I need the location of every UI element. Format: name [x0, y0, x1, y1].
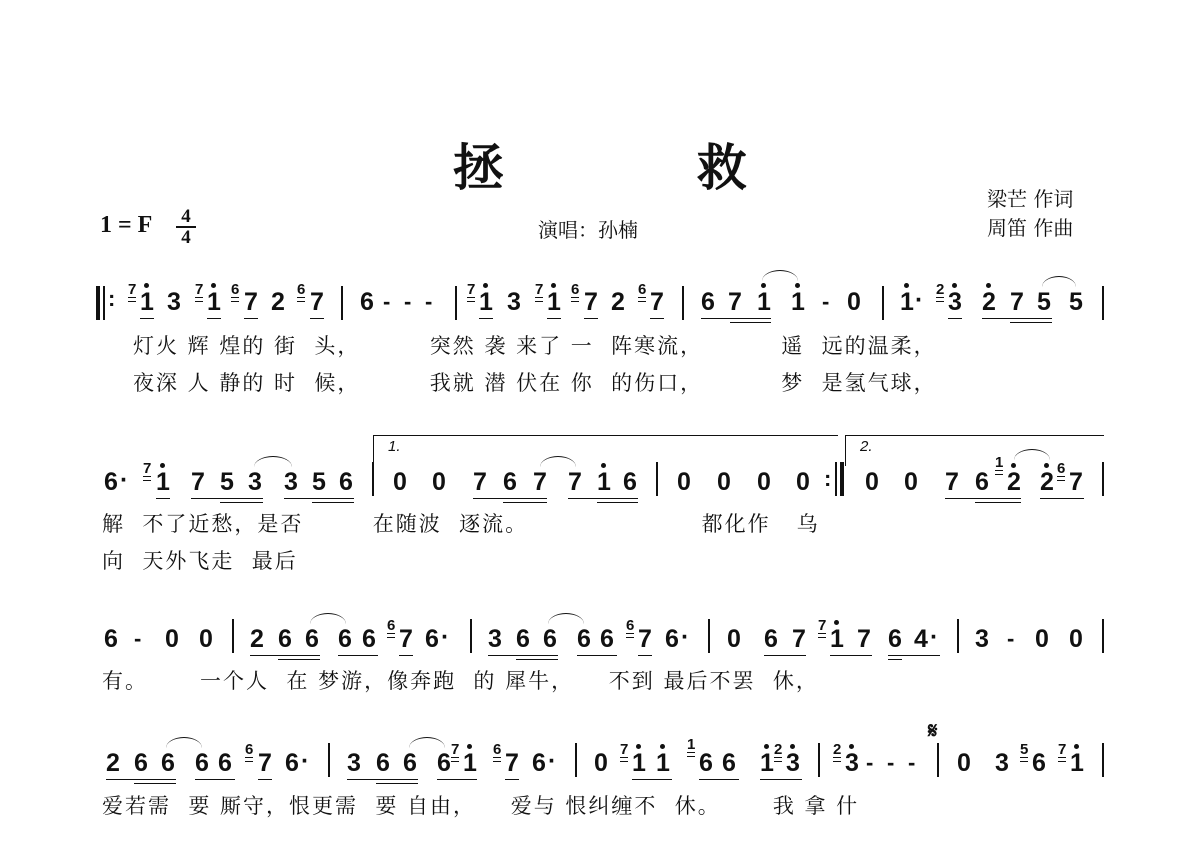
tie	[548, 613, 584, 624]
note: 1	[656, 751, 670, 776]
grace-note: 7	[1058, 742, 1066, 757]
note: 7	[473, 470, 487, 495]
grace-note: 7	[195, 282, 203, 297]
note: 3	[347, 751, 361, 776]
underline	[638, 655, 652, 656]
note: 6	[425, 627, 439, 652]
note: 3	[284, 470, 298, 495]
underline	[1040, 498, 1084, 499]
note: 6	[305, 627, 319, 652]
note: 0	[1069, 627, 1083, 652]
underline	[399, 655, 413, 656]
dash: -	[908, 750, 915, 776]
note: 7	[191, 470, 205, 495]
dot-extension: ·	[301, 749, 309, 774]
dot-extension: ·	[441, 625, 449, 650]
grace-note: 7	[535, 282, 543, 297]
underline-double	[503, 502, 547, 503]
underline	[764, 655, 806, 656]
barline	[882, 286, 884, 320]
note: 6	[543, 627, 557, 652]
note: 1	[463, 751, 477, 776]
note: 3	[488, 627, 502, 652]
repeat-dots: :	[108, 286, 115, 312]
barline	[575, 743, 577, 777]
grace-note: 1	[687, 737, 695, 752]
dash: -	[1007, 626, 1014, 652]
underline-double	[730, 322, 771, 323]
grace-note: 7	[467, 282, 475, 297]
note: 2	[106, 751, 120, 776]
lyrics-verse-2: 夜深 人 静的 时 候， 我就 潜 伏在 你 的伤口， 梦 是氢气球，	[133, 367, 937, 397]
note: 1	[479, 290, 493, 315]
barline	[232, 619, 234, 653]
grace-note: 6	[1057, 461, 1065, 476]
barline	[682, 286, 684, 320]
barline	[470, 619, 472, 653]
composer-credit: 周笛 作曲	[987, 214, 1073, 243]
note: 2	[271, 290, 285, 315]
note: 6	[699, 751, 713, 776]
tie	[166, 737, 202, 748]
grace-note: 7	[620, 742, 628, 757]
note: 7	[310, 290, 324, 315]
note: 0	[904, 470, 918, 495]
underline	[195, 779, 235, 780]
underline-double	[278, 659, 320, 660]
note: 3	[845, 751, 859, 776]
dot-extension: ·	[120, 468, 128, 493]
note: 5	[220, 470, 234, 495]
note: 0	[796, 470, 810, 495]
meter-top: 4	[181, 206, 191, 227]
barline	[1102, 743, 1104, 777]
note: 3	[948, 290, 962, 315]
repeat-end-barline	[840, 462, 844, 496]
underline	[547, 318, 561, 319]
barline	[937, 743, 939, 777]
lyrics-verse-2: 向 天外飞走 最后	[102, 545, 298, 575]
note: 7	[244, 290, 258, 315]
dash: -	[822, 289, 829, 315]
note: 7	[399, 627, 413, 652]
underline	[106, 779, 176, 780]
grace-note: 6	[571, 282, 579, 297]
note: 0	[727, 627, 741, 652]
note: 6	[1032, 751, 1046, 776]
note: 1	[156, 470, 170, 495]
note: 7	[533, 470, 547, 495]
underline	[284, 498, 354, 499]
note: 3	[975, 627, 989, 652]
underline	[207, 318, 221, 319]
underline	[568, 498, 638, 499]
barline	[656, 462, 658, 496]
note: 6	[701, 290, 715, 315]
dash: -	[866, 750, 873, 776]
underline	[948, 318, 962, 319]
note: 1	[597, 470, 611, 495]
barline	[835, 462, 837, 496]
grace-note: 2	[833, 742, 841, 757]
grace-note: 7	[143, 461, 151, 476]
barline	[957, 619, 959, 653]
volta-1: 1.	[373, 435, 838, 466]
note: 2	[250, 627, 264, 652]
underline	[760, 779, 802, 780]
note: 1	[900, 290, 914, 315]
dash: -	[887, 750, 894, 776]
note: 0	[432, 470, 446, 495]
grace-note: 1	[995, 455, 1003, 470]
barline	[818, 743, 820, 777]
note: 1	[140, 290, 154, 315]
note: 7	[568, 470, 582, 495]
note: 6	[888, 627, 902, 652]
credits: 梁芒 作词 周笛 作曲	[987, 185, 1073, 243]
underline	[156, 498, 170, 499]
note: 6	[278, 627, 292, 652]
grace-note: 6	[245, 742, 253, 757]
lyrics-verse-1: 解 不了近愁，是否 在随波 逐流。 都化作 乌	[102, 508, 820, 538]
note: 7	[638, 627, 652, 652]
repeat-dots: :	[824, 466, 831, 492]
dash: -	[425, 289, 432, 315]
underline	[140, 318, 154, 319]
underline	[191, 498, 263, 499]
note: 6	[134, 751, 148, 776]
barline	[1102, 462, 1104, 496]
note: 0	[1035, 627, 1049, 652]
note: 3	[995, 751, 1009, 776]
note: 7	[857, 627, 871, 652]
grace-note: 7	[128, 282, 136, 297]
underline	[479, 318, 493, 319]
note: 0	[717, 470, 731, 495]
note: 7	[792, 627, 806, 652]
singer-credit: 演唱：孙楠	[538, 214, 638, 243]
note: 2	[982, 290, 996, 315]
note: 0	[677, 470, 691, 495]
barline	[708, 619, 710, 653]
note: 0	[199, 627, 213, 652]
meter-bottom: 4	[181, 227, 191, 248]
repeat-start-barline	[96, 286, 100, 320]
dot-extension: ·	[681, 625, 689, 650]
note: 7	[1010, 290, 1024, 315]
note: 7	[728, 290, 742, 315]
underline	[945, 498, 1021, 499]
lyrics-verse-1: 灯火 辉 煌的 街 头， 突然 袭 来了 一 阵寒流， 遥 远的温柔，	[133, 330, 937, 360]
underline	[650, 318, 664, 319]
grace-note: 7	[451, 742, 459, 757]
note: 7	[1069, 470, 1083, 495]
note: 6	[104, 627, 118, 652]
note: 6	[975, 470, 989, 495]
note: 6	[218, 751, 232, 776]
barline	[1102, 286, 1104, 320]
underline	[888, 655, 940, 656]
tie	[310, 613, 346, 624]
note: 5	[312, 470, 326, 495]
segno-sign: 𝄋	[928, 718, 937, 744]
note: 1	[1070, 751, 1084, 776]
note: 1	[757, 290, 771, 315]
note: 6	[161, 751, 175, 776]
dot-extension: ·	[930, 625, 938, 650]
note: 1	[830, 627, 844, 652]
note: 1	[207, 290, 221, 315]
grace-note: 6	[231, 282, 239, 297]
note: 0	[847, 290, 861, 315]
underline-double	[134, 783, 176, 784]
note: 5	[1037, 290, 1051, 315]
key-signature: 1 = F	[100, 212, 152, 239]
grace-note: 6	[638, 282, 646, 297]
underline	[347, 779, 418, 780]
note: 1	[632, 751, 646, 776]
grace-note: 7	[818, 618, 826, 633]
note: 0	[165, 627, 179, 652]
grace-note: 6	[297, 282, 305, 297]
note: 6	[104, 470, 118, 495]
note: 6	[577, 627, 591, 652]
underline	[338, 655, 378, 656]
underline	[830, 655, 872, 656]
tie	[1042, 276, 1076, 287]
note: 4	[914, 627, 928, 652]
underline	[982, 318, 1052, 319]
tie	[762, 270, 798, 281]
note: 3	[786, 751, 800, 776]
note: 5	[1069, 290, 1083, 315]
barline	[328, 743, 330, 777]
barline	[1102, 619, 1104, 653]
underline	[437, 779, 477, 780]
grace-note: 6	[626, 618, 634, 633]
underline	[699, 779, 739, 780]
underline-double	[312, 502, 354, 503]
underline	[250, 655, 320, 656]
note: 0	[957, 751, 971, 776]
note: 0	[393, 470, 407, 495]
dash: -	[404, 289, 411, 315]
lyricist-credit: 梁芒 作词	[987, 185, 1073, 214]
note: 7	[584, 290, 598, 315]
note: 6	[722, 751, 736, 776]
underline	[577, 655, 617, 656]
note: 6	[338, 627, 352, 652]
underline	[258, 779, 272, 780]
barline	[455, 286, 457, 320]
note: 6	[339, 470, 353, 495]
underline	[488, 655, 558, 656]
underline	[244, 318, 258, 319]
note: 6	[623, 470, 637, 495]
underline-double	[1010, 322, 1052, 323]
note: 6	[403, 751, 417, 776]
note: 6	[285, 751, 299, 776]
note: 0	[594, 751, 608, 776]
note: 2	[1040, 470, 1054, 495]
note: 7	[258, 751, 272, 776]
note: 2	[611, 290, 625, 315]
note: 6	[764, 627, 778, 652]
note: 6	[665, 627, 679, 652]
underline-double	[888, 659, 902, 660]
note: 7	[505, 751, 519, 776]
underline	[701, 318, 771, 319]
tie	[254, 456, 292, 467]
underline-double	[220, 502, 263, 503]
barline	[103, 286, 105, 320]
underline	[632, 779, 672, 780]
grace-note: 2	[936, 282, 944, 297]
note: 1	[791, 290, 805, 315]
note: 6	[600, 627, 614, 652]
note: 3	[248, 470, 262, 495]
note: 6	[362, 627, 376, 652]
tie	[409, 737, 445, 748]
underline	[473, 498, 547, 499]
dash: -	[383, 289, 390, 315]
note: 7	[650, 290, 664, 315]
underline-double	[516, 659, 558, 660]
underline-double	[975, 502, 1021, 503]
grace-note: 6	[493, 742, 501, 757]
note: 6	[437, 751, 451, 776]
lyrics-verse-1: 有。 一个人 在 梦游，像奔跑 的 犀牛， 不到 最后不罢 休，	[102, 665, 819, 695]
note: 6	[360, 290, 374, 315]
note: 1	[760, 751, 774, 776]
underline	[310, 318, 324, 319]
lyrics-verse-1: 爱若需 要 厮守，恨更需 要 自由， 爱与 恨纠缠不 休。 我 拿 什	[102, 790, 859, 820]
note: 2	[1007, 470, 1021, 495]
dot-extension: ·	[548, 749, 556, 774]
grace-note: 5	[1020, 742, 1028, 757]
dot-extension: ·	[915, 288, 923, 313]
note: 0	[757, 470, 771, 495]
note: 1	[547, 290, 561, 315]
underline	[584, 318, 598, 319]
dash: -	[134, 626, 141, 652]
note: 6	[503, 470, 517, 495]
barline	[372, 462, 374, 496]
underline-double	[376, 783, 418, 784]
note: 0	[865, 470, 879, 495]
note: 6	[195, 751, 209, 776]
grace-note: 2	[774, 742, 782, 757]
barline	[341, 286, 343, 320]
note: 3	[167, 290, 181, 315]
note: 3	[507, 290, 521, 315]
grace-note: 6	[387, 618, 395, 633]
note: 6	[516, 627, 530, 652]
note: 6	[376, 751, 390, 776]
time-signature: 4 4	[176, 208, 196, 246]
note: 6	[532, 751, 546, 776]
underline-double	[597, 502, 638, 503]
underline	[505, 779, 519, 780]
note: 7	[945, 470, 959, 495]
